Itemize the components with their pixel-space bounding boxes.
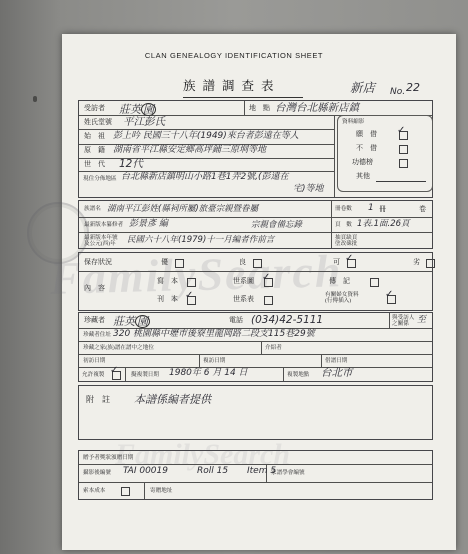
compiler-label: 最新版本纂修者 — [84, 222, 123, 228]
roll-value: Roll 15 — [197, 467, 228, 476]
volumes-value: 1 — [368, 204, 374, 213]
divider — [79, 367, 432, 368]
ancestor-label: 始 祖 — [84, 133, 105, 140]
microfilm-opt1-label: 願 借 — [356, 131, 377, 138]
edition-value: 民國六十八年(1979)十一月編者作前言 — [127, 236, 274, 245]
divider — [79, 482, 432, 483]
microfilm-opt2-checkbox — [399, 145, 408, 154]
microfilm-opt2-label: 不 借 — [356, 145, 377, 152]
genealogy-table: 族譜名 湖南平江彭姓(縣祠所屬)旅臺宗親暨眷屬 冊卷數 1 冊 卷 最新版本纂修… — [78, 200, 433, 249]
missing-pages-label-line2: 塗改硃批 — [335, 241, 357, 247]
divider — [334, 115, 335, 197]
printed-label: 刊 本 — [157, 296, 178, 303]
condition-table: 保存狀況 優 良 可 ✓ 劣 內 容 寫 本 世系圖 ✓ 傳 記 刊 本 ✓ 世… — [78, 252, 433, 311]
lineage-table-checkbox — [264, 296, 273, 305]
cost-checkbox — [121, 487, 130, 496]
fair-label: 可 — [333, 259, 340, 266]
divider — [79, 271, 432, 272]
residence-label: 現住分佈地區 — [83, 176, 117, 182]
copy-date-label: 擬複製日期 — [131, 372, 159, 378]
interviewee-name-circled: 園 — [141, 103, 156, 116]
volumes-unit1: 冊 — [379, 206, 386, 213]
ancestor-value: 彭上吟 民國三十八年(1949)來台者彭遠在等人 — [113, 132, 299, 141]
branch-handwritten: 新店 — [350, 82, 375, 95]
manuscript-label: 寫 本 — [157, 278, 178, 285]
content-label: 內 容 — [84, 285, 105, 292]
excellent-label: 優 — [161, 259, 168, 266]
basic-info-table: 受訪者 莊英園 地 點 台灣台北縣新店鎮 姓氏堂號 平江彭氏 始 祖 彭上吟 民… — [78, 100, 433, 198]
checkmark-icon: ✓ — [185, 291, 193, 301]
send-address-label: 寄贈地址 — [150, 488, 172, 494]
cost-label: 索本成本 — [83, 488, 105, 494]
residence-line2: 宅)等地 — [293, 185, 324, 194]
microfilm-opt3-checkbox — [399, 159, 408, 168]
women-data-label-line2: (行傳插入) — [325, 298, 351, 304]
clan-label: 姓氏堂號 — [84, 119, 112, 126]
origin-value: 湖南省平江縣安定鄉高坪鋪三原垌等地 — [113, 146, 266, 155]
copy-place-value: 台北市 — [321, 368, 353, 379]
pages-value: 1表.1面.26頁 — [357, 220, 410, 229]
no-label-handwritten: No. — [390, 88, 405, 97]
copy-permit-label: 允許複製 — [82, 372, 104, 378]
divider — [389, 313, 390, 328]
divider — [79, 129, 334, 130]
biography-checkbox — [370, 278, 379, 287]
lineage-table-label: 世系表 — [233, 296, 254, 303]
phone-value: (034)42-5111 — [251, 315, 323, 326]
form-title: 族譜調查表 — [183, 76, 303, 98]
keeper-name-text: 莊英 — [113, 315, 135, 328]
excellent-checkbox — [175, 259, 184, 268]
note-label: 附 註 — [86, 396, 110, 404]
divider — [79, 464, 432, 465]
location-label: 地 點 — [249, 105, 270, 112]
checkmark-icon: ✓ — [345, 254, 353, 264]
interviewee-name: 莊英園 — [119, 103, 156, 116]
poor-label: 劣 — [413, 259, 420, 266]
divider — [199, 354, 200, 367]
checkmark-icon: ✓ — [110, 366, 118, 376]
origin-label: 原 籍 — [84, 147, 105, 154]
film-number-value: TAI 00019 — [123, 467, 168, 476]
keeper-name-circled: 園 — [135, 315, 150, 328]
lineage-chart-label: 世系圖 — [233, 278, 254, 285]
manuscript-checkbox — [187, 278, 196, 287]
divider — [79, 354, 432, 355]
keeper-address-value: 320 桃園縣中壢市後寮里龍岡路二段支115巷29號 — [113, 330, 315, 339]
society-number-label: 家譜學會編號 — [271, 470, 305, 476]
phone-label: 電話 — [229, 317, 243, 324]
position-label: 珍藏之家(族)譜在譜中之地位 — [83, 345, 154, 351]
location-value: 台灣台北縣新店鎮 — [275, 103, 359, 114]
divider — [79, 217, 432, 218]
copy-place-label: 複製地點 — [287, 372, 309, 378]
checkmark-icon: ✓ — [397, 126, 405, 136]
divider — [79, 341, 432, 342]
english-title: CLAN GENEALOGY IDENTIFICATION SHEET — [100, 51, 368, 60]
title-label: 族譜名 — [84, 206, 101, 212]
volumes-unit2: 卷 — [419, 206, 426, 213]
checkmark-icon: ✓ — [262, 273, 270, 283]
introducer-label: 介紹者 — [265, 345, 282, 351]
copy-date-value: 1980年 6 月 14 日 — [169, 369, 248, 378]
title-value: 湖南平江彭姓(縣祠所屬)旅臺宗親暨眷屬 — [107, 205, 258, 214]
relation-value: 至 — [417, 316, 426, 325]
poor-checkbox — [426, 259, 435, 268]
generations-value: 12代 — [119, 159, 143, 170]
compiler-value: 彭景彥 編 — [129, 220, 168, 229]
good-label: 良 — [239, 259, 246, 266]
office-use-table: 贈予者獎狀頒贈日期 攝影後編號 TAI 00019 Roll 15 Item 5… — [78, 450, 433, 500]
film-number-label: 攝影後編號 — [83, 470, 111, 476]
note-box: 附 註 本譜係編者提供 — [78, 385, 433, 440]
first-visit-label: 初訪日期 — [83, 358, 105, 364]
microfilm-title: 資料縮影 — [342, 119, 364, 125]
divider — [79, 158, 334, 159]
divider — [331, 201, 332, 248]
generations-label: 世 代 — [84, 161, 105, 168]
keeper-name: 莊英園 — [113, 315, 150, 328]
title-continuation: 宗親會備忘錄 — [251, 221, 302, 230]
divider — [144, 482, 145, 499]
second-visit-label: 複訪日期 — [203, 358, 225, 364]
condition-label: 保存狀況 — [84, 259, 112, 266]
microfilm-opt4-label: 其他 — [356, 173, 370, 180]
edition-label-line2: 及公元(西)年 — [84, 241, 116, 247]
clan-value: 平江彭氏 — [123, 117, 165, 128]
microfilm-box: 資料縮影 願 借 ✓ 不 借 功德榜 其他 — [337, 115, 433, 192]
divider — [261, 341, 262, 354]
pages-label: 頁 數 — [335, 222, 352, 228]
divider — [283, 367, 284, 381]
borrow-date-label: 借譜日期 — [325, 358, 347, 364]
keeper-address-label: 珍藏者住址 — [83, 332, 111, 338]
divider — [244, 101, 245, 115]
keeper-label: 珍藏者 — [84, 317, 105, 324]
interviewee-label: 受訪者 — [84, 105, 105, 112]
form-number: 22 — [406, 82, 420, 93]
scan-artifact — [33, 96, 37, 102]
good-checkbox — [253, 259, 262, 268]
interviewee-name-text: 莊英 — [119, 103, 141, 116]
note-text: 本譜係編者提供 — [134, 394, 211, 405]
other-underline — [376, 181, 426, 182]
volumes-label: 冊卷數 — [335, 206, 352, 212]
microfilm-opt3-label: 功德榜 — [352, 159, 373, 166]
checkmark-icon: ✓ — [385, 290, 393, 300]
divider — [125, 367, 126, 381]
biography-label: 傳 記 — [329, 278, 350, 285]
residence-line1: 台北縣新店鎮明山小路1巷1弄2號,(彭遠在 — [121, 173, 289, 182]
relation-label-line2: 之關係 — [392, 321, 409, 327]
keeper-table: 珍藏者 莊英園 電話 (034)42-5111 與受訪人 之關係 至 珍藏者住址… — [78, 312, 433, 382]
scanned-genealogy-form: FamilySearch FamilySearch CLAN GENEALOGY… — [0, 0, 468, 554]
divider — [321, 354, 322, 367]
award-date-label: 贈予者獎狀頒贈日期 — [83, 455, 133, 461]
divider — [79, 232, 432, 233]
